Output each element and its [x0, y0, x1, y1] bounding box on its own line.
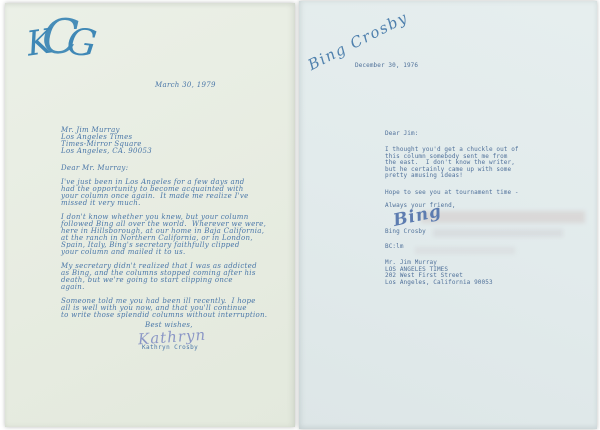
- left-letter-recipient-address: Mr. Jim Murray Los Angeles Times Times-M…: [61, 127, 152, 155]
- right-letter-hope-line: Hope to see you at tournament time -: [385, 190, 519, 197]
- right-letter-body: I thought you'd get a chuckle out of thi…: [385, 147, 535, 180]
- left-letter-typed-name: Kathryn Crosby: [142, 344, 198, 351]
- left-letter-paragraph-2: I don't know whether you knew, but your …: [61, 214, 271, 257]
- left-letter-paragraph-3: My secretary didn't realized that I was …: [61, 263, 271, 291]
- kathryn-crosby-letter: K C G March 30, 1979 Mr. Jim Murray Los …: [5, 3, 295, 427]
- kcg-monogram: K C G: [25, 11, 105, 81]
- left-letter-salutation: Dear Mr. Murray:: [61, 165, 128, 172]
- right-letter-date: December 30, 1976: [355, 63, 418, 70]
- monogram-letter-g: G: [64, 19, 99, 65]
- right-letter-recipient-address: Mr. Jim Murray LOS ANGELES TIMES 202 Wes…: [385, 260, 493, 286]
- bing-crosby-letter: Bing Crosby December 30, 1976 Dear Jim: …: [299, 1, 597, 429]
- right-letter-reference-initials: BC:lm: [385, 244, 404, 251]
- right-letter-typed-name: Bing Crosby: [385, 229, 426, 236]
- scanned-letters-image: K C G March 30, 1979 Mr. Jim Murray Los …: [0, 0, 600, 430]
- left-letter-paragraph-1: I've just been in Los Angeles for a few …: [61, 179, 271, 207]
- right-letter-salutation: Dear Jim:: [385, 131, 418, 138]
- left-letter-paragraph-4: Someone told me you had been ill recentl…: [61, 298, 273, 319]
- left-letter-date: March 30, 1979: [155, 82, 216, 89]
